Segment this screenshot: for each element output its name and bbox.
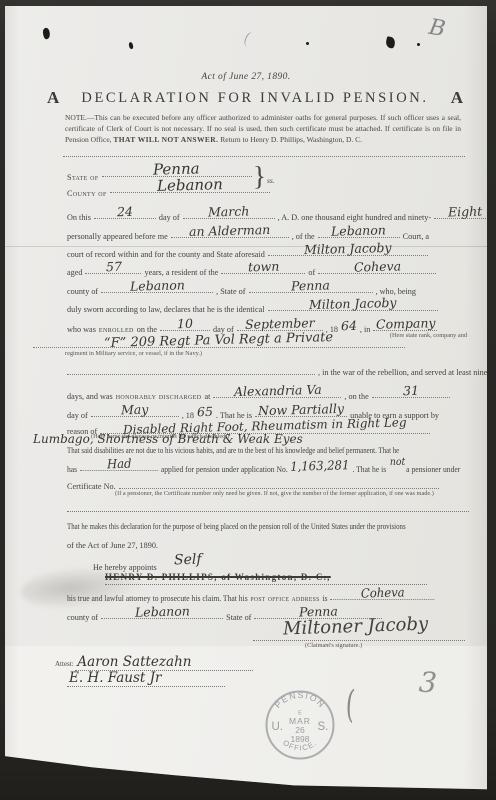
form-footnote: regiment in Military service, or vessel,… — [65, 350, 202, 357]
printed-text: has — [67, 465, 77, 474]
struck-attorney-text: HENRY D. PHILLIPS, of Washington, D. C., — [105, 572, 331, 582]
handwritten-company: Company — [375, 315, 435, 332]
handwritten-enroll-year: 64 — [341, 318, 357, 333]
printed-smallcaps: enrolled — [99, 325, 134, 334]
printed-text: a pensioner under — [406, 465, 460, 474]
handwritten-insertion-not: not — [390, 457, 405, 468]
printed-text: at — [205, 392, 211, 401]
handwritten-officer: an Alderman — [189, 222, 271, 239]
handwritten-court: Lebanon — [331, 222, 386, 238]
printed-text: day of — [159, 213, 180, 222]
form-line-declaration: That he makes this declaration for the p… — [67, 522, 406, 531]
form-line-identical: duly sworn according to law, declares th… — [67, 300, 471, 314]
stamp-year: 1898 — [291, 734, 310, 744]
ink-blot — [41, 27, 51, 40]
printed-text: is — [322, 594, 327, 603]
handwritten-state: Penna — [291, 277, 330, 293]
county-label: County of — [67, 189, 107, 198]
pension-office-stamp: PENSION OFFICE. E MAR 26 1898 U. S. — [261, 686, 339, 764]
form-line-reason-2: Lumbago, Shortness of Breath & Weak Eyes — [33, 432, 471, 446]
handwritten-place: Coheva — [353, 258, 400, 274]
printed-text: duly sworn according to law, declares th… — [67, 305, 265, 314]
printed-text: That he makes this declaration for the p… — [67, 522, 406, 531]
form-note: NOTE.—This can be executed before any of… — [65, 113, 461, 145]
handwritten-post-office: Coheva — [360, 584, 404, 600]
printed-text: on the — [137, 325, 157, 334]
printed-text: That said disabilities are not due to hi… — [67, 446, 399, 455]
handwritten-discharge-place: Alexandria Va — [233, 382, 321, 399]
pencil-paren-mark: ( — [345, 681, 357, 726]
printed-text: , in — [360, 325, 370, 334]
witness-signature-1: Aaron Sattezahn — [77, 654, 191, 670]
printed-text: county of — [67, 613, 98, 622]
handwritten-application-number: 1,163,281 — [290, 457, 350, 474]
form-line-post-office: his true and lawful attorney to prosecut… — [67, 589, 443, 603]
attest-label: Attest: — [55, 660, 74, 668]
handwritten-month: March — [208, 203, 250, 219]
form-line-claimant: court of record within and for the count… — [67, 245, 471, 259]
form-line-residence: aged57years, a resident of thetownofCohe… — [67, 263, 471, 277]
signature-caption: (Claimant's signature.) — [305, 642, 362, 649]
printed-text: , State of — [216, 287, 245, 296]
printed-text: his true and lawful attorney to prosecut… — [67, 594, 248, 603]
stamp-arc-top-text: PENSION — [273, 690, 328, 710]
pencil-page-number: 3 — [418, 665, 438, 699]
stamp-letter-u: U. — [272, 721, 284, 733]
form-line-officer: personally appeared before mean Alderman… — [67, 227, 471, 241]
stamp-letter-s: S. — [318, 721, 329, 733]
note-bold-text: THAT WILL NOT ANSWER. — [113, 135, 218, 144]
printed-text: , on the — [344, 392, 368, 401]
printed-text: , of the — [292, 232, 315, 241]
handwritten-appointee: Self — [173, 552, 201, 569]
printed-text: He hereby appoints — [93, 563, 157, 572]
handwritten-claimant-name: Milton Jacoby — [309, 295, 397, 312]
state-label: State of — [67, 173, 99, 182]
handwritten-disabilities-2: Lumbago, Shortness of Breath & Weak Eyes — [33, 432, 303, 446]
printed-smallcaps: post office address — [250, 594, 319, 603]
document-paper: B Act of June 27, 1890. A DECLARATION FO… — [5, 6, 487, 794]
corner-letter-right: A — [451, 88, 463, 108]
attest-block-2: E. H. Faust Jr — [67, 670, 225, 687]
handwritten-place-type: town — [248, 259, 280, 275]
witness-signature-2: E. H. Faust Jr — [69, 670, 162, 686]
ss-mark: ss. — [267, 176, 275, 185]
printed-text: , in the war of the rebellion, and serve… — [318, 368, 494, 377]
attest-block: Attest: Aaron Sattezahn — [55, 654, 253, 671]
handwritten-year: Eight — [448, 204, 483, 220]
pencil-squiggle — [242, 31, 257, 50]
blank-rule-line — [67, 511, 469, 512]
printed-text: who was — [67, 325, 96, 334]
form-line-date: On this24day ofMarch, A. D. one thousand… — [67, 208, 471, 222]
form-line-regiment: “F” 209 Regt Pa Vol Regt a Private — [33, 337, 471, 350]
handwritten-enroll-day: 10 — [177, 316, 193, 331]
form-footnote: (If a pensioner, the Certificate number … — [115, 490, 434, 497]
handwritten-county: Lebanon — [130, 277, 185, 293]
brace-glyph: } — [253, 161, 266, 192]
form-title: DECLARATION FOR INVALID PENSION. — [59, 90, 450, 107]
ink-blot — [128, 42, 133, 50]
handwritten-extent: Now Partially — [258, 401, 344, 418]
printed-text: years, a resident of the — [144, 268, 218, 277]
form-line-county-state: county ofLebanon, State ofPenna, who, be… — [67, 282, 471, 296]
ink-blot — [306, 42, 309, 45]
corner-letter-left: A — [47, 88, 59, 108]
form-line-application: hasHadapplied for pension under applicat… — [67, 460, 443, 475]
printed-text: On this — [67, 213, 91, 222]
printed-text: . That he is — [352, 465, 386, 474]
printed-text: Certificate No. — [67, 482, 116, 491]
handwritten-county-2: Lebanon — [135, 603, 190, 619]
ink-blot — [417, 43, 420, 46]
form-line-act: of the Act of June 27, 1890. — [67, 541, 471, 550]
printed-text: day of — [67, 411, 88, 420]
pencil-letter-annotation: B — [427, 15, 447, 42]
handwritten-has-applied: Had — [107, 456, 132, 472]
printed-smallcaps: honorably discharged — [116, 392, 202, 401]
handwritten-day: 24 — [117, 204, 133, 219]
county-value-handwritten: Lebanon — [157, 175, 223, 195]
title-row: A DECLARATION FOR INVALID PENSION. A — [47, 88, 463, 108]
printed-text: , 18 — [182, 411, 194, 420]
printed-text: , A. D. one thousand eight hundred and n… — [278, 213, 432, 222]
handwritten-discharge-month: May — [121, 402, 149, 418]
printed-text: Court, a — [403, 232, 429, 241]
svg-text:PENSION: PENSION — [273, 690, 328, 710]
ink-blot — [385, 36, 396, 49]
signature-rule-line — [253, 640, 465, 641]
signature-block: Miltoner Jacoby — [247, 616, 465, 637]
form-line-discharge: days, and washonorably dischargedatAlexa… — [67, 387, 471, 401]
form-line-attorney-name: HENRY D. PHILLIPS, of Washington, D. C., — [105, 572, 471, 582]
photograph-background: B Act of June 27, 1890. A DECLARATION FO… — [0, 0, 496, 800]
form-line-permanent: That said disabilities are not due to hi… — [67, 446, 406, 455]
handwritten-discharge-day: 31 — [403, 383, 419, 398]
printed-text: of — [308, 268, 315, 277]
printed-text: court of record within and for the count… — [67, 250, 265, 259]
handwritten-discharge-year: 65 — [197, 404, 213, 419]
printed-text: of the Act of June 27, 1890. — [67, 541, 158, 550]
handwritten-age: 57 — [105, 259, 121, 274]
printed-text: aged — [67, 268, 82, 277]
claimant-signature: Miltoner Jacoby — [283, 613, 429, 639]
printed-text: county of — [67, 287, 98, 296]
printed-text: applied for pension under application No… — [161, 465, 288, 474]
form-line-war: , in the war of the rebellion, and serve… — [67, 368, 471, 377]
divider-line — [63, 156, 465, 157]
printed-text: days, and was — [67, 392, 113, 401]
note-text: Return to Henry D. Phillips, Washington,… — [218, 135, 362, 144]
handwritten-claimant-name: Milton Jacoby — [304, 240, 392, 257]
act-line: Act of June 27, 1890. — [5, 72, 487, 82]
printed-text: personally appeared before me — [67, 232, 168, 241]
handwritten-enroll-month: September — [245, 315, 315, 332]
